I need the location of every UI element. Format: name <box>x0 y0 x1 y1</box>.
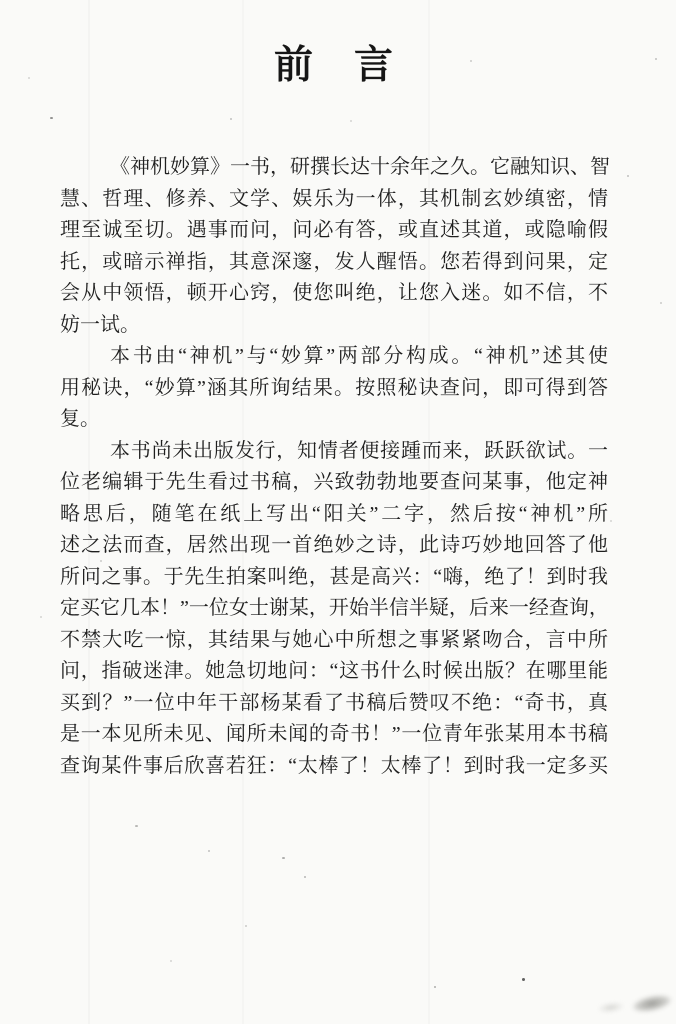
scan-speck <box>434 986 436 988</box>
text-line: 定买它几本！”一位女士谢某，开始半信半疑，后来一经查询， <box>60 593 608 625</box>
text-line: 理至诚至切。遇事而问，问必有答，或直述其道，或隐喻假 <box>60 215 608 247</box>
scan-speck <box>522 978 525 981</box>
scan-smudge <box>598 1001 625 1014</box>
text-line: 复。 <box>60 404 608 436</box>
paragraph-2: 本书由“神机”与“妙算”两部分构成。“神机”述其使用秘诀，“妙算”涵其所询结果。… <box>60 341 608 436</box>
text-line: 本书尚未出版发行，知情者便接踵而来，跃跃欲试。一 <box>60 436 608 468</box>
text-line: 位老编辑于先生看过书稿，兴致勃勃地要查问某事，他定神 <box>60 467 608 499</box>
text-line: 用秘诀，“妙算”涵其所询结果。按照秘诀查问，即可得到答 <box>60 373 608 405</box>
scanned-book-page: 前 言 《神机妙算》一书，研撰长达十余年之久。它融知识、智慧、哲理、修养、文学、… <box>0 0 676 1024</box>
preface-body: 《神机妙算》一书，研撰长达十余年之久。它融知识、智慧、哲理、修养、文学、娱乐为一… <box>60 152 608 782</box>
text-line: 慧、哲理、修养、文学、娱乐为一体，其机制玄妙缜密，情 <box>60 184 608 216</box>
scan-speck <box>40 616 42 618</box>
scan-speck <box>350 120 352 122</box>
text-line: 买到？”一位中年干部杨某看了书稿后赞叹不绝：“奇书，真 <box>60 688 608 720</box>
text-line: 托，或暗示禅指，其意深邃，发人醒悟。您若得到问果，定 <box>60 247 608 279</box>
text-line: 会从中领悟，顿开心窍，使您叫绝，让您入迷。如不信，不 <box>60 278 608 310</box>
scan-speck <box>208 850 210 852</box>
page-title: 前 言 <box>60 34 608 90</box>
text-line: 所问之事。于先生拍案叫绝，甚是高兴：“嗨，绝了！到时我 <box>60 562 608 594</box>
text-line: 是一本见所未见、闻所未闻的奇书！”一位青年张某用本书稿 <box>60 719 608 751</box>
scan-speck <box>627 175 629 177</box>
text-line: 不禁大吃一惊，其结果与她心中所想之事紧紧吻合，言中所 <box>60 625 608 657</box>
scan-speck <box>50 117 53 119</box>
scan-speck <box>282 857 285 859</box>
scan-speck <box>660 302 662 304</box>
scan-speck <box>135 825 138 827</box>
text-line: 妨一试。 <box>60 310 608 342</box>
scan-speck <box>100 560 102 562</box>
paragraph-3: 本书尚未出版发行，知情者便接踵而来，跃跃欲试。一位老编辑于先生看过书稿，兴致勃勃… <box>60 436 608 783</box>
scan-speck <box>170 960 172 962</box>
paragraph-1: 《神机妙算》一书，研撰长达十余年之久。它融知识、智慧、哲理、修养、文学、娱乐为一… <box>60 152 608 341</box>
scan-speck <box>304 876 306 878</box>
text-line: 略思后，随笔在纸上写出“阳关”二字，然后按“神机”所 <box>60 499 608 531</box>
text-line: 述之法而查，居然出现一首绝妙之诗，此诗巧妙地回答了他 <box>60 530 608 562</box>
scan-speck <box>470 60 472 62</box>
text-line: 本书由“神机”与“妙算”两部分构成。“神机”述其使 <box>60 341 608 373</box>
scan-smudge <box>631 992 673 1015</box>
scan-speck <box>230 118 232 120</box>
scan-speck <box>347 291 350 293</box>
text-line: 问，指破迷津。她急切地问：“这书什么时候出版？在哪里能 <box>60 656 608 688</box>
scan-speck <box>245 925 247 927</box>
text-line: 《神机妙算》一书，研撰长达十余年之久。它融知识、智 <box>60 152 608 184</box>
scan-speck <box>610 520 612 522</box>
scan-speck <box>655 58 657 60</box>
text-line: 查询某件事后欣喜若狂：“太棒了！太棒了！到时我一定多买 <box>60 751 608 783</box>
scan-speck <box>28 77 30 79</box>
